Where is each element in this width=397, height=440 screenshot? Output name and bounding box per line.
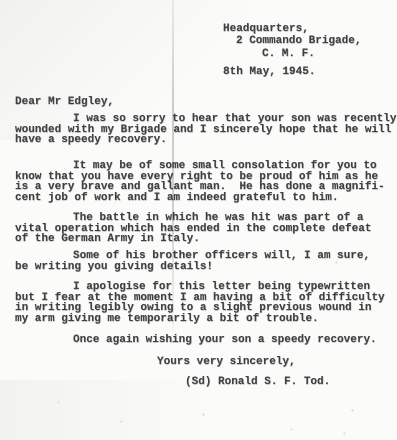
letter-line: I was so sorry to hear that your son was… <box>15 114 393 125</box>
paragraph-1: I was so sorry to hear that your son was… <box>15 114 393 146</box>
letter-line: be writing you giving details! <box>15 262 393 273</box>
letter-line: C. M. F. <box>262 48 361 60</box>
letter-line: cent job of work and I am indeed gratefu… <box>15 193 393 204</box>
paragraph-5: I apologise for this letter being typewr… <box>15 282 393 324</box>
paragraph-2: It may be of some small consolation for … <box>15 161 393 203</box>
letter-line: 2 Commando Brigade, <box>236 35 361 47</box>
paragraph-3: The battle in which he was hit was part … <box>15 213 393 245</box>
letter-document: Headquarters,2 Commando Brigade,C. M. F.… <box>0 0 397 440</box>
letter-line: Headquarters, <box>223 23 361 35</box>
valediction: Yours very sincerely, <box>157 357 296 368</box>
letter-line: my arm giving me temporarily a bit of tr… <box>15 314 393 325</box>
date-line: 8th May, 1945. <box>223 67 315 78</box>
letter-line: of the German Army in Italy. <box>15 234 393 245</box>
letter-line: Some of his brother officers will, I am … <box>15 251 393 262</box>
letter-line: The battle in which he was hit was part … <box>15 213 393 224</box>
letter-line: It may be of some small consolation for … <box>15 161 393 172</box>
letterhead: Headquarters,2 Commando Brigade,C. M. F. <box>223 23 361 60</box>
scan-shading-bottom-left <box>0 380 260 440</box>
signature: (Sd) Ronald S. F. Tod. <box>185 377 330 388</box>
paragraph-closing-wish: Once again wishing your son a speedy rec… <box>15 335 393 346</box>
paper-speckles <box>0 0 1 1</box>
letter-line: Once again wishing your son a speedy rec… <box>15 335 393 346</box>
salutation: Dear Mr Edgley, <box>15 97 114 108</box>
paragraph-4: Some of his brother officers will, I am … <box>15 251 393 272</box>
letter-line: have a speedy recovery. <box>15 135 393 146</box>
letter-line: I apologise for this letter being typewr… <box>15 282 393 293</box>
